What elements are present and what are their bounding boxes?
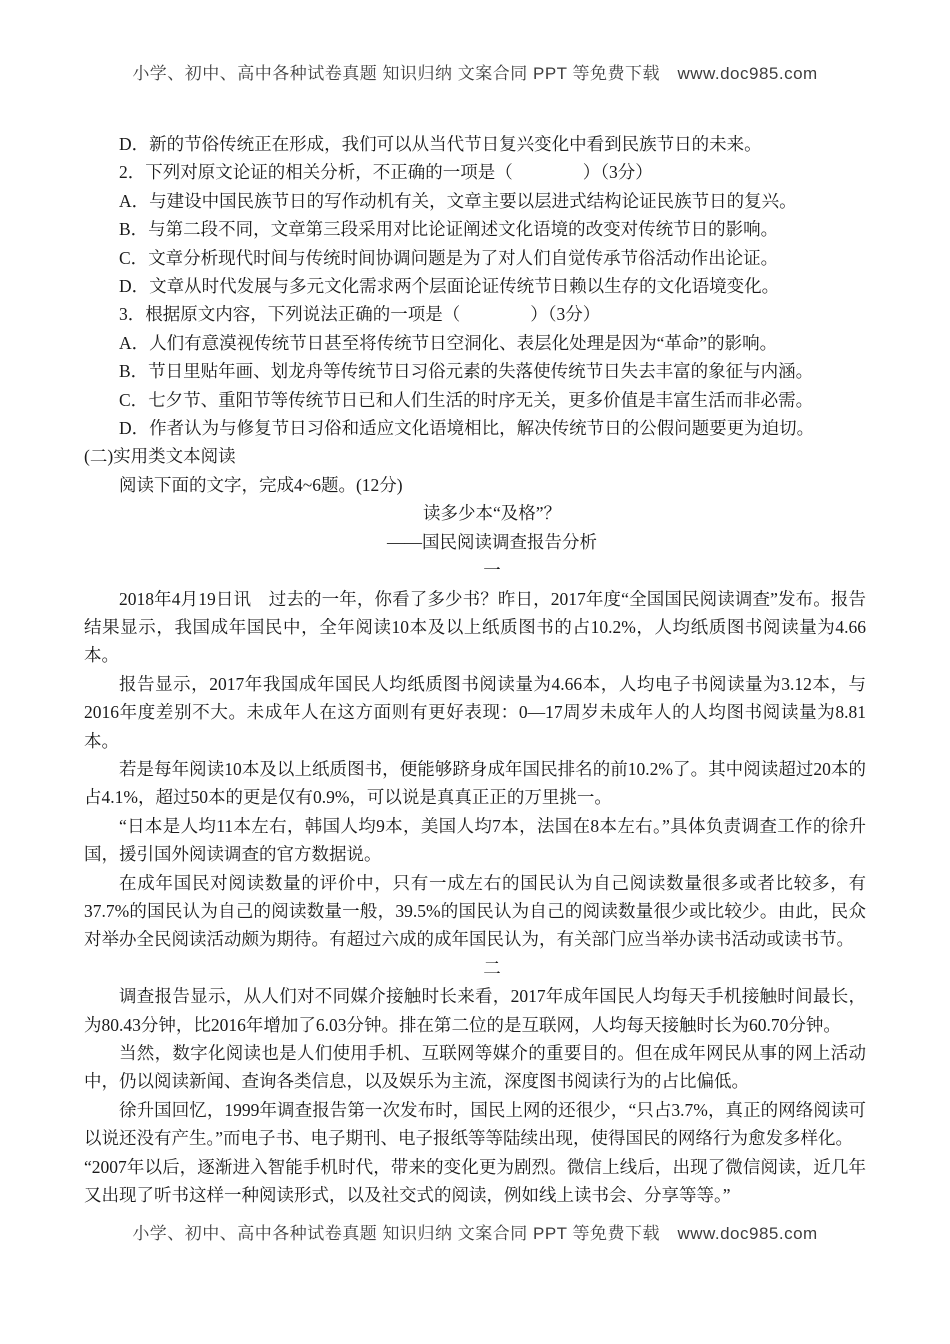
passage-paragraph: 2018年4月19日讯 过去的一年，你看了多少书？昨日，2017年度“全国国民阅… xyxy=(84,585,866,670)
passage-paragraph: 在成年国民对阅读数量的评价中，只有一成左右的国民认为自己阅读数量很多或者比较多，… xyxy=(84,869,866,954)
section-heading: (二)实用类文本阅读 xyxy=(84,442,866,470)
question2-option-c: C．文章分析现代时间与传统时间协调问题是为了对人们自觉传承节俗活动作出论证。 xyxy=(84,244,866,272)
document-page: 小学、初中、高中各种试卷真题 知识归纳 文案合同 PPT 等免费下载 www.d… xyxy=(0,0,950,1344)
passage-paragraph: “日本是人均11本左右，韩国人均9本，美国人均7本，法国在8本左右。”具体负责调… xyxy=(84,812,866,869)
part-two-label: 二 xyxy=(118,954,866,982)
question2-option-a: A．与建设中国民族节日的写作动机有关，文章主要以层进式结构论证民族节日的复兴。 xyxy=(84,187,866,215)
question1-option-d: D．新的节俗传统正在形成，我们可以从当代节日复兴变化中看到民族节日的未来。 xyxy=(84,130,866,158)
passage-closing-quote-paragraph: “2007年以后，逐渐进入智能手机时代，带来的变化更为剧烈。微信上线后，出现了微… xyxy=(84,1153,866,1210)
section-instruction: 阅读下面的文字，完成4~6题。(12分) xyxy=(84,471,866,499)
question3-option-a: A．人们有意漠视传统节日甚至将传统节日空洞化、表层化处理是因为“革命”的影响。 xyxy=(84,329,866,357)
question3-option-b: B．节日里贴年画、划龙舟等传统节日习俗元素的失落使传统节日失去丰富的象征与内涵。 xyxy=(84,357,866,385)
passage-title: 读多少本“及格”？ xyxy=(118,499,866,527)
question2-option-b: B．与第二段不同，文章第三段采用对比论证阐述文化语境的改变对传统节日的影响。 xyxy=(84,215,866,243)
question3-option-d: D．作者认为与修复节日习俗和适应文化语境相比，解决传统节日的公假问题要更为迫切。 xyxy=(84,414,866,442)
passage-subtitle: ——国民阅读调查报告分析 xyxy=(118,528,866,556)
passage-paragraph: 报告显示，2017年我国成年国民人均纸质图书阅读量为4.66本，人均电子书阅读量… xyxy=(84,670,866,755)
question3-stem: 3．根据原文内容，下列说法正确的一项是（ ）（3分） xyxy=(84,300,866,328)
passage-paragraph: 徐升国回忆，1999年调查报告第一次发布时，国民上网的还很少，“只占3.7%，真… xyxy=(84,1096,866,1153)
passage-paragraph: 调查报告显示，从人们对不同媒介接触时长来看，2017年成年国民人均每天手机接触时… xyxy=(84,982,866,1039)
question3-option-c: C．七夕节、重阳节等传统节日已和人们生活的时序无关，更多价值是丰富生活而非必需。 xyxy=(84,386,866,414)
passage-paragraph: 当然，数字化阅读也是人们使用手机、互联网等媒介的重要目的。但在成年网民从事的网上… xyxy=(84,1039,866,1096)
passage-paragraph: 若是每年阅读10本及以上纸质图书，便能够跻身成年国民排名的前10.2%了。其中阅… xyxy=(84,755,866,812)
document-body: D．新的节俗传统正在形成，我们可以从当代节日复兴变化中看到民族节日的未来。 2．… xyxy=(84,130,866,1209)
footer-watermark: 小学、初中、高中各种试卷真题 知识归纳 文案合同 PPT 等免费下载 www.d… xyxy=(0,1222,950,1246)
question2-option-d: D．文章从时代发展与多元文化需求两个层面论证传统节日赖以生存的文化语境变化。 xyxy=(84,272,866,300)
header-watermark: 小学、初中、高中各种试卷真题 知识归纳 文案合同 PPT 等免费下载 www.d… xyxy=(0,0,950,86)
part-one-label: 一 xyxy=(118,556,866,584)
question2-stem: 2．下列对原文论证的相关分析，不正确的一项是（ ）（3分） xyxy=(84,158,866,186)
